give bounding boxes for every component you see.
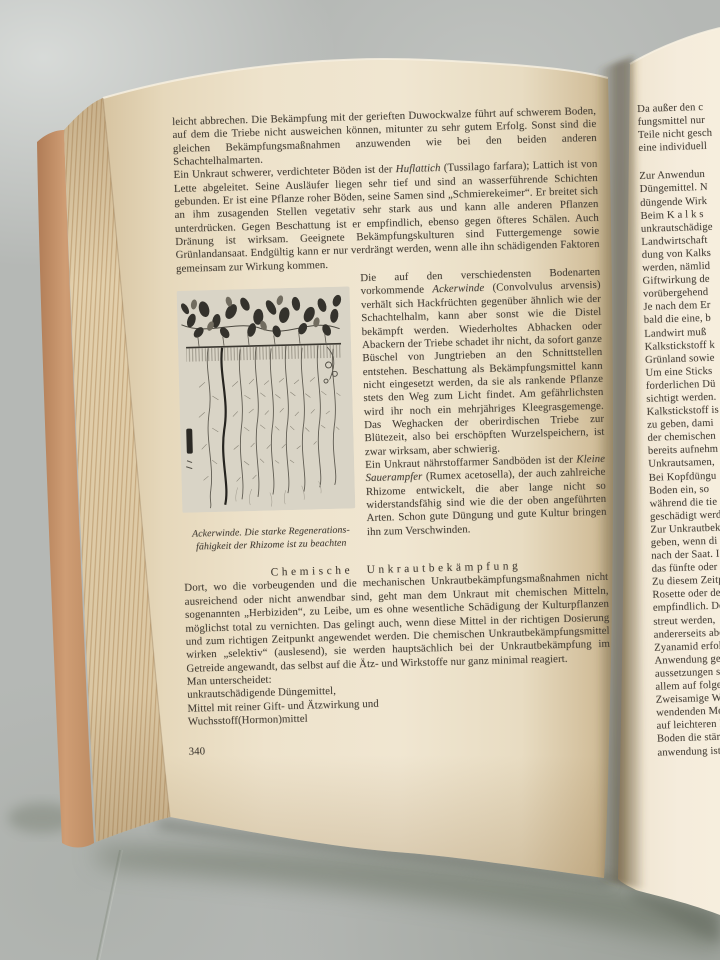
body-paragraph: Ein Unkraut nährstoffarmer Sandböden ist… xyxy=(365,453,607,539)
body-paragraph: Die auf den verschiedensten Bodenarten v… xyxy=(360,266,605,459)
body-paragraph: Dort, wo die vorbeugenden und die mechan… xyxy=(184,571,610,675)
body-paragraph: Ein Unkraut schwerer, verdichteter Böden… xyxy=(173,158,600,276)
figure-block: Ackerwinde. Die starke Regenerations- fä… xyxy=(176,272,359,554)
left-page-text: leicht abbrechen. Die Bekämpfung mit der… xyxy=(172,105,613,759)
right-column-text: Die auf den verschiedensten Bodenarten v… xyxy=(352,266,607,539)
figure-and-column-row: Ackerwinde. Die starke Regenerations- fä… xyxy=(176,266,607,554)
book-photo-scene: leicht abbrechen. Die Bekämpfung mit der… xyxy=(0,0,720,960)
ackerwinde-illustration xyxy=(177,287,356,513)
right-page-paragraph: Da außer den cfungsmittel nurTeile nicht… xyxy=(637,96,720,155)
figure-caption: Ackerwinde. Die starke Regenerations- fä… xyxy=(183,523,360,554)
